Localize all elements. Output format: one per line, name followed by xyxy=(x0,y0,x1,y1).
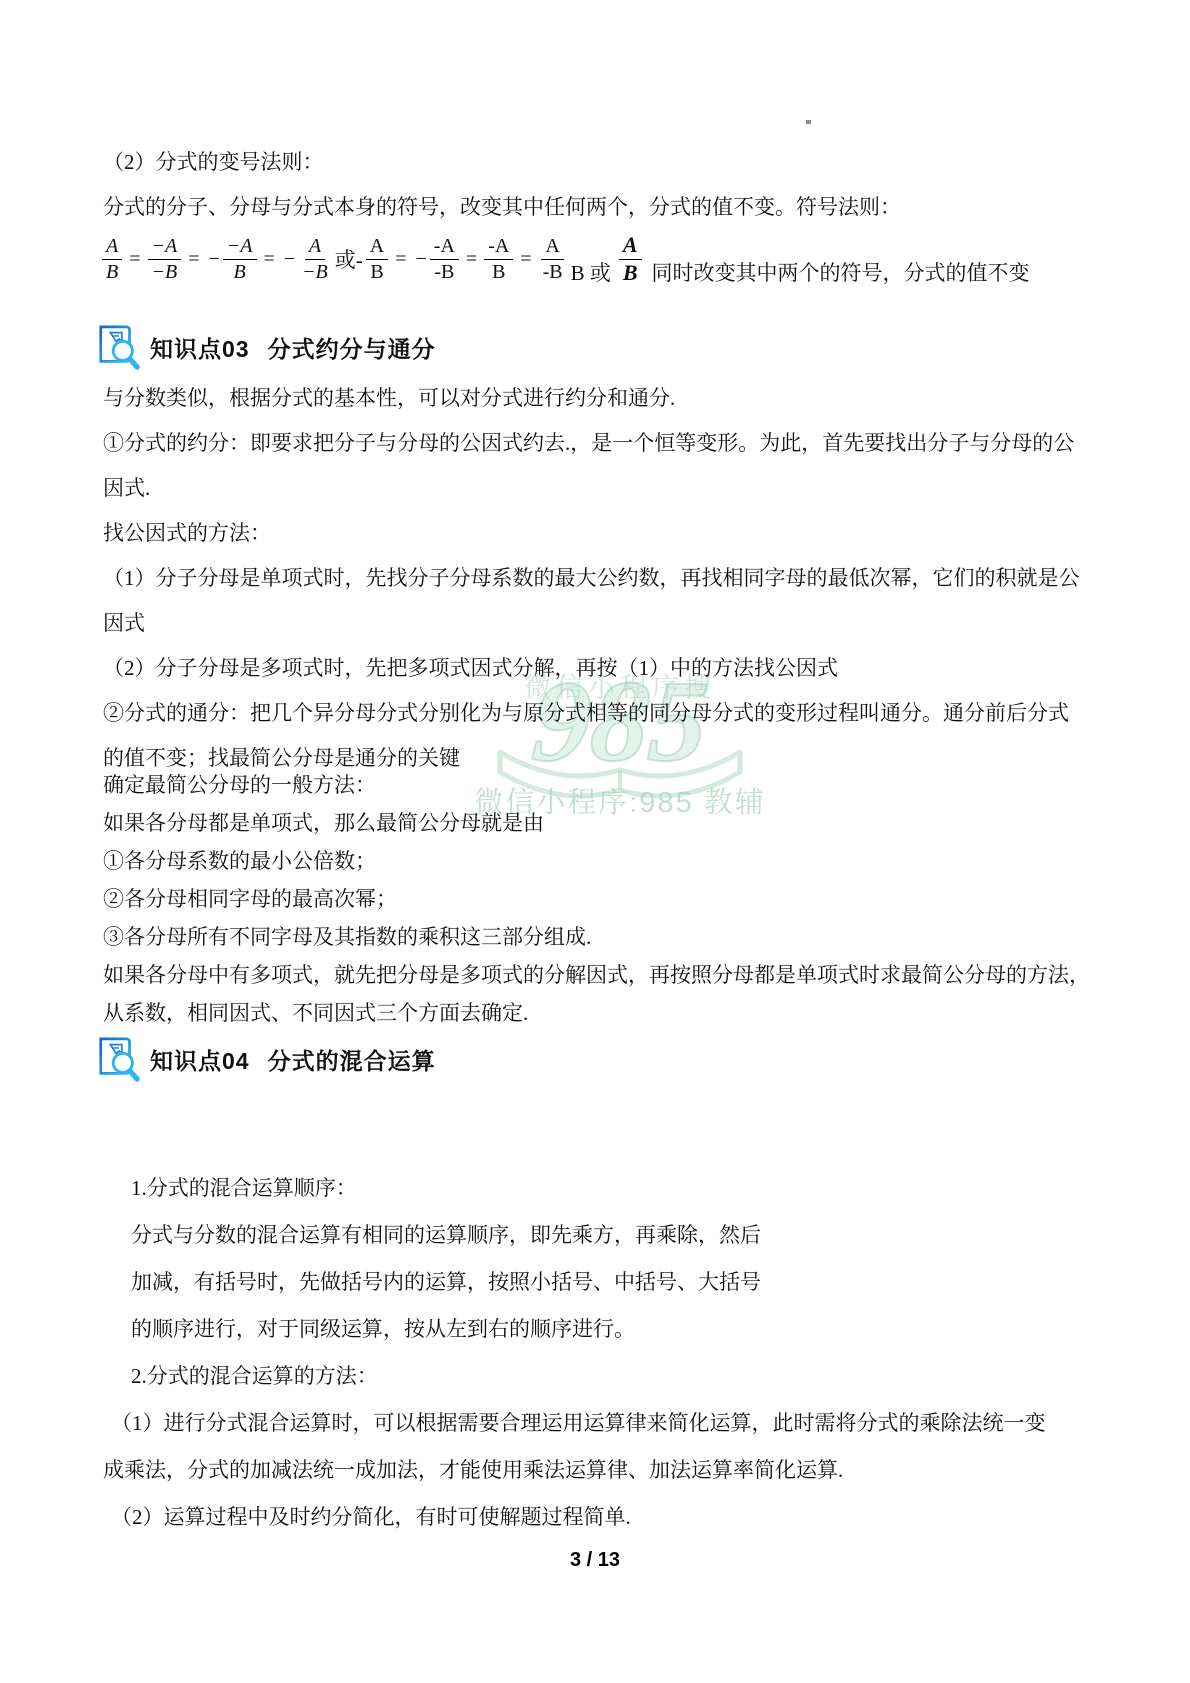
fraction: −AB xyxy=(223,235,257,283)
or-minus-text: 或- xyxy=(335,244,363,274)
fraction: AB xyxy=(619,233,642,285)
knowledge-point-03-header: 知识点03 分式约分与通分 xyxy=(94,324,436,370)
book-magnifier-icon xyxy=(94,1036,142,1082)
paragraph: （1）进行分式混合运算时，可以根据需要合理运用运算律来简化运算，此时需将分式的乘… xyxy=(103,1410,1110,1457)
fraction-denominator: -B xyxy=(539,260,567,283)
fraction: −A−B xyxy=(148,235,182,283)
paragraph: （2）分子分母是多项式时，先把多项式因式分解，再按（1）中的方法找公因式 xyxy=(103,655,1110,700)
paragraph: 1.分式的混合运算顺序： xyxy=(103,1175,1110,1222)
fraction-denominator: B xyxy=(102,260,122,283)
sign-rule-formula: AB = −A−B = − −AB = − A−B 或- AB = − -A-B… xyxy=(100,233,1030,285)
paragraph: 确定最简公分母的一般方法： xyxy=(103,772,1110,810)
equals-sign: = xyxy=(129,248,140,271)
paragraph: 如果各分母中有多项式，就先把分母是多项式的分解因式，再按照分母都是单项式时求最简… xyxy=(103,962,1110,1000)
fraction: AB xyxy=(102,235,122,283)
fraction-numerator: A xyxy=(102,235,122,259)
paragraph: 加减，有括号时，先做括号内的运算，按照小括号、中括号、大括号 xyxy=(103,1269,1110,1316)
knowledge-point-04-header: 知识点04 分式的混合运算 xyxy=(94,1036,436,1082)
formula-sub-text: B 或 xyxy=(571,257,611,287)
fraction-numerator: -A xyxy=(430,235,459,259)
kp03-text-block: 与分数类似，根据分式的基本性，可以对分式进行约分和通分. ①分式的约分：即要求把… xyxy=(103,385,1110,790)
knowledge-point-label: 知识点04 xyxy=(150,1043,250,1076)
fraction: A-B xyxy=(539,235,567,283)
fraction: A−B xyxy=(298,235,332,283)
paragraph: 与分数类似，根据分式的基本性，可以对分式进行约分和通分. xyxy=(103,385,1110,430)
fraction: -AB xyxy=(484,235,513,283)
minus-sign: − xyxy=(416,248,427,271)
paragraph: 2.分式的混合运算的方法： xyxy=(103,1363,1110,1410)
formula-tail-text: 同时改变其中两个的符号，分式的值不变 xyxy=(652,257,1030,287)
paragraph: （2）运算过程中及时约分简化，有时可使解题过程简单. xyxy=(103,1504,1110,1551)
fraction-denominator: B xyxy=(619,260,642,286)
paragraph: ②各分母相同字母的最高次幂； xyxy=(103,886,1110,924)
fraction-denominator: -B xyxy=(430,260,458,283)
fraction-denominator: −B xyxy=(298,260,332,283)
kp04-text-block: 1.分式的混合运算顺序： 分式与分数的混合运算有相同的运算顺序，即先乘方，再乘除… xyxy=(103,1175,1110,1551)
paragraph: ②分式的通分：把几个异分母分式分别化为与原分式相等的同分母分式的变形过程叫通分。… xyxy=(103,700,1110,745)
knowledge-point-title: 分式的混合运算 xyxy=(268,1043,436,1076)
paragraph: 因式 xyxy=(103,610,1110,655)
equals-sign: = xyxy=(520,248,531,271)
paragraph: ①分式的约分：即要求把分子与分母的公因式约去.，是一个恒等变形。为此，首先要找出… xyxy=(103,430,1110,475)
paragraph: （1）分子分母是单项式时，先找分子分母系数的最大公约数，再找相同字母的最低次幂，… xyxy=(103,565,1110,610)
fraction-numerator: A xyxy=(305,235,325,259)
paragraph: ③各分母所有不同字母及其指数的乘积这三部分组成. xyxy=(103,924,1110,962)
fraction-numerator: A xyxy=(541,235,563,259)
page-number: 3 / 13 xyxy=(0,1549,1190,1572)
knowledge-point-label: 知识点03 xyxy=(150,331,250,364)
paragraph: ①各分母系数的最小公倍数； xyxy=(103,848,1110,886)
paragraph: 如果各分母都是单项式，那么最简公分母就是由 xyxy=(103,810,1110,848)
fraction-denominator: B xyxy=(366,260,387,283)
page-artifact-dot xyxy=(806,120,811,124)
equals-sign: = xyxy=(395,248,406,271)
paragraph: 分式与分数的混合运算有相同的运算顺序，即先乘方，再乘除，然后 xyxy=(103,1222,1110,1269)
fraction-denominator: B xyxy=(230,260,250,283)
book-magnifier-icon xyxy=(94,324,142,370)
fraction-numerator: -A xyxy=(484,235,513,259)
paragraph: 从系数，相同因式、不同因式三个方面去确定. xyxy=(103,1000,1110,1038)
minus-sign: − xyxy=(209,248,220,271)
fraction-denominator: B xyxy=(488,260,509,283)
sign-rule-heading: （2）分式的变号法则： xyxy=(103,146,324,176)
kp03-text-block-2: 确定最简公分母的一般方法： 如果各分母都是单项式，那么最简公分母就是由 ①各分母… xyxy=(103,772,1110,1038)
paragraph: 因式. xyxy=(103,475,1110,520)
knowledge-point-title: 分式约分与通分 xyxy=(268,331,436,364)
fraction-denominator: −B xyxy=(148,260,182,283)
paragraph: 成乘法，分式的加减法统一成加法，才能使用乘法运算律、加法运算率简化运算. xyxy=(103,1457,1110,1504)
fraction-numerator: A xyxy=(366,235,388,259)
fraction-numerator: A xyxy=(619,233,642,260)
fraction-numerator: −A xyxy=(148,235,182,259)
document-page: 微信小程序搜 985 微信小程序:985 教辅 （2）分式的变号法则： 分式的分… xyxy=(0,0,1190,1683)
minus-sign: − xyxy=(284,248,295,271)
paragraph: 的顺序进行，对于同级运算，按从左到右的顺序进行。 xyxy=(103,1316,1110,1363)
fraction-numerator: −A xyxy=(223,235,257,259)
sign-rule-intro: 分式的分子、分母与分式本身的符号，改变其中任何两个，分式的值不变。符号法则： xyxy=(103,191,901,221)
equals-sign: = xyxy=(188,248,199,271)
equals-sign: = xyxy=(466,248,477,271)
paragraph: 找公因式的方法： xyxy=(103,520,1110,565)
fraction: -A-B xyxy=(430,235,459,283)
equals-sign: = xyxy=(264,248,275,271)
fraction: AB xyxy=(366,235,388,283)
